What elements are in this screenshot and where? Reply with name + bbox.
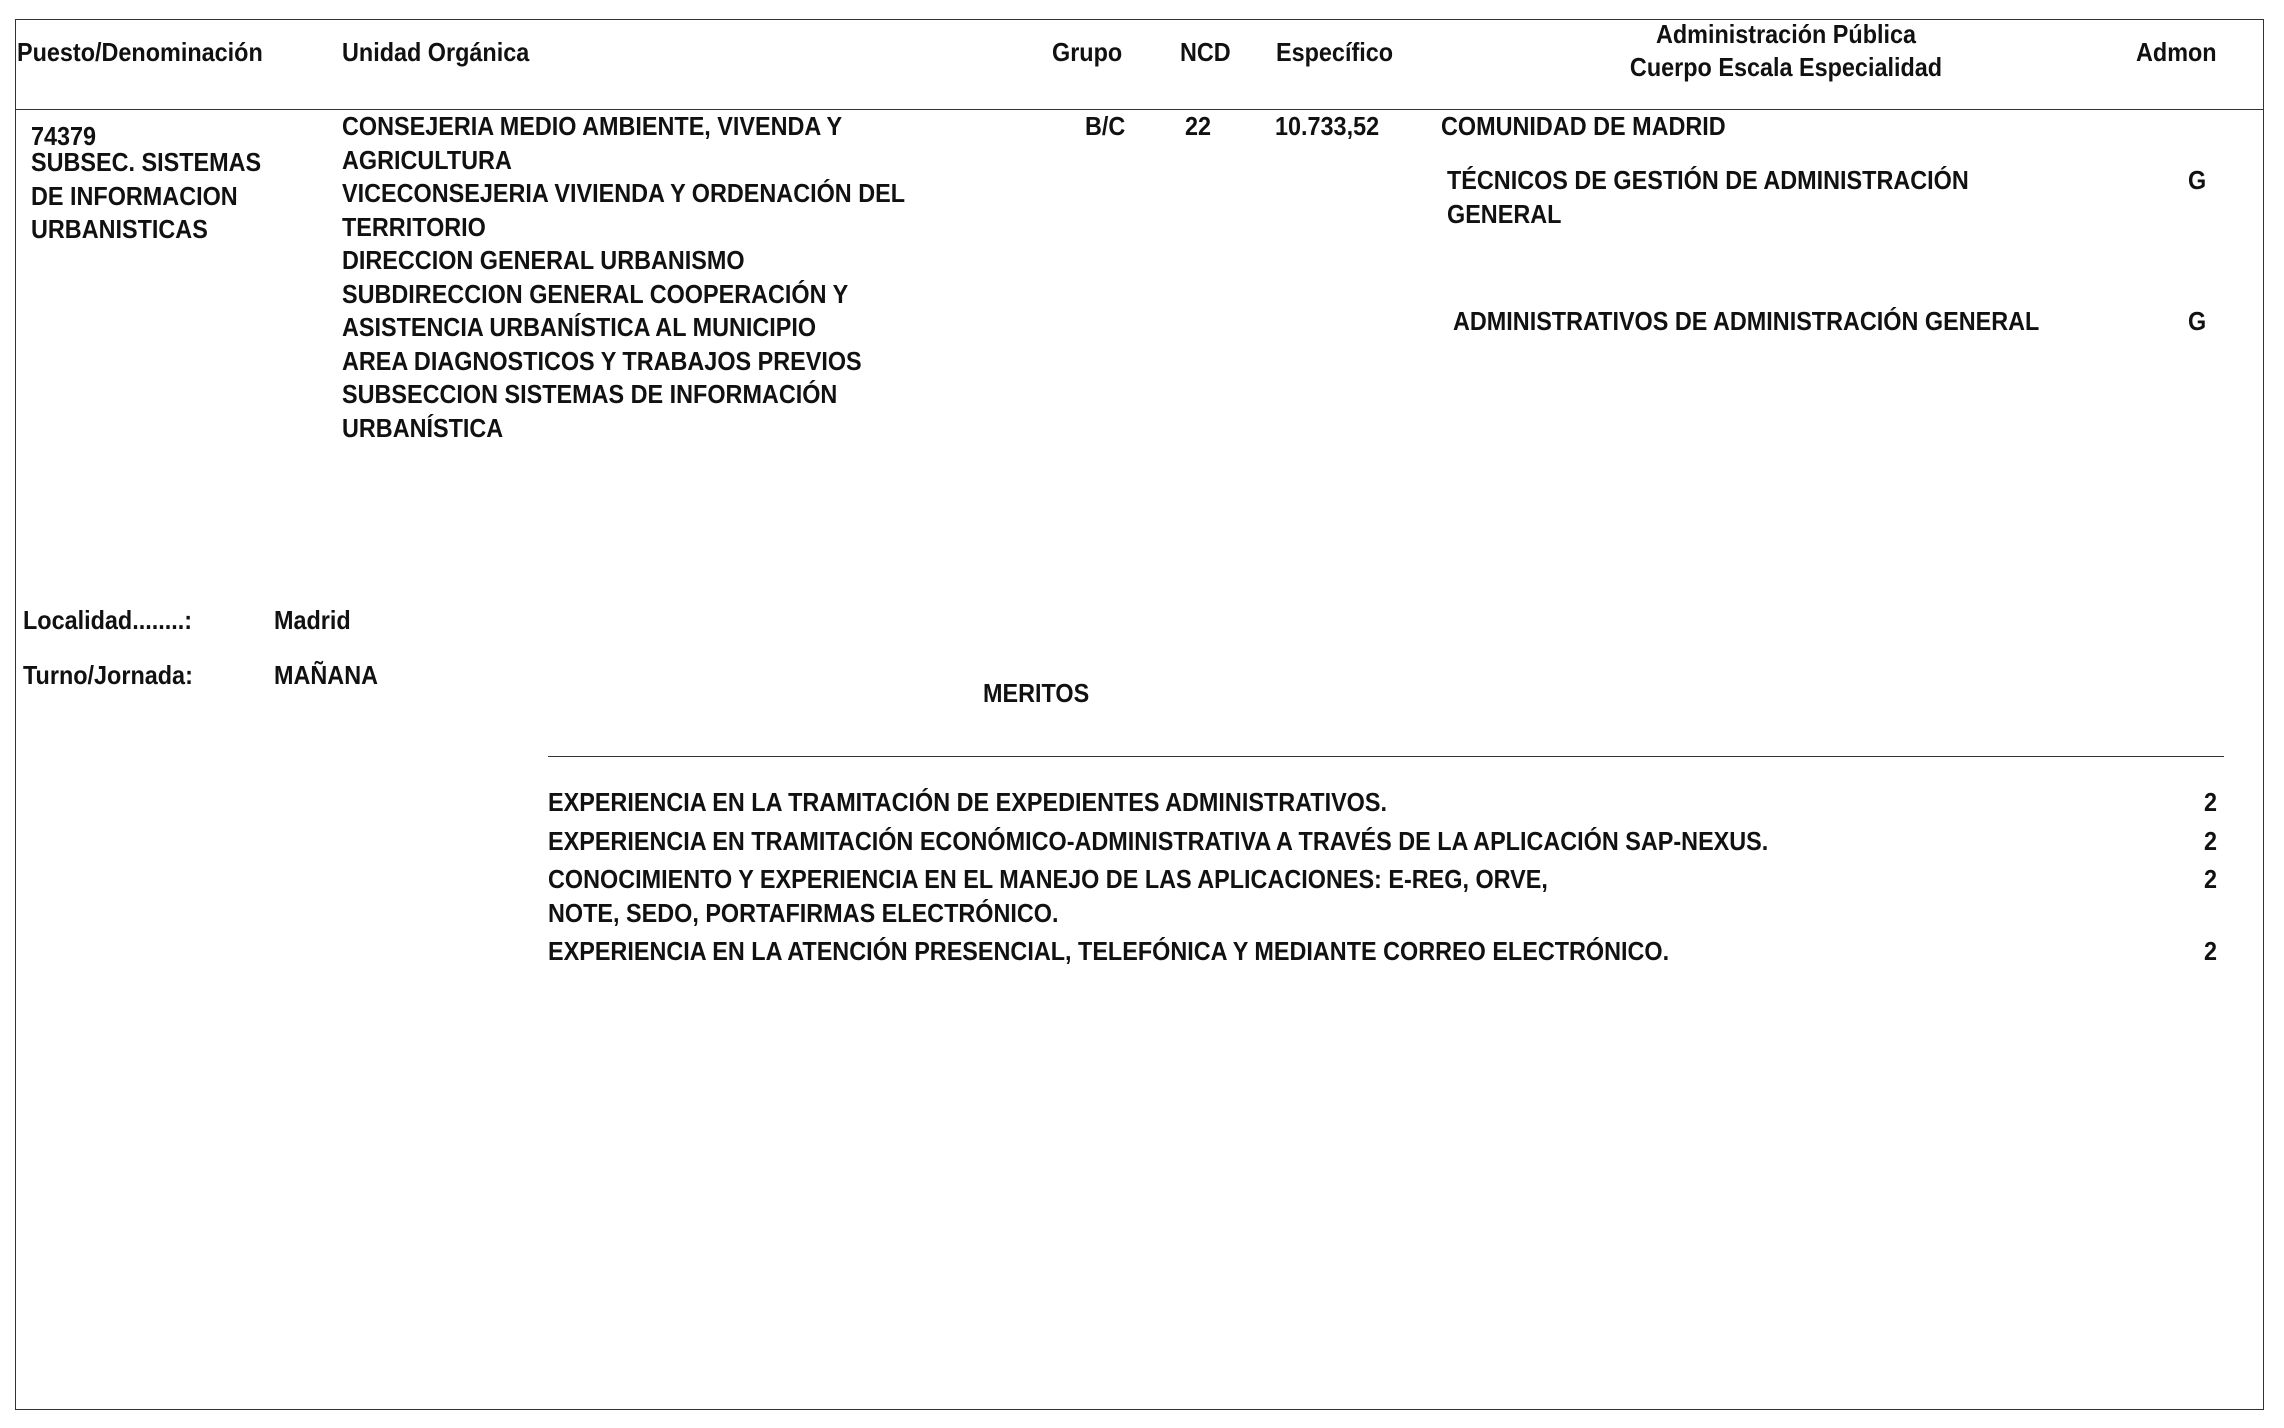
- cuerpo-line: GENERAL: [1447, 198, 1969, 232]
- unidad-line: ASISTENCIA URBANÍSTICA AL MUNICIPIO: [342, 311, 905, 345]
- merito-points: 2: [2204, 825, 2217, 859]
- denominacion-line: DE INFORMACION: [31, 180, 261, 214]
- unidad-organica: CONSEJERIA MEDIO AMBIENTE, VIVENDA YAGRI…: [342, 110, 905, 445]
- unidad-line: AREA DIAGNOSTICOS Y TRABAJOS PREVIOS: [342, 345, 905, 379]
- header-admin-publica: Administración Pública: [1606, 18, 1966, 52]
- merito-item: CONOCIMIENTO Y EXPERIENCIA EN EL MANEJO …: [548, 863, 1548, 930]
- merito-text: CONOCIMIENTO Y EXPERIENCIA EN EL MANEJO …: [548, 863, 1548, 897]
- merito-text: EXPERIENCIA EN TRAMITACIÓN ECONÓMICO-ADM…: [548, 825, 1768, 859]
- merito-points: 2: [2204, 863, 2217, 897]
- header-grupo: Grupo: [1052, 36, 1122, 70]
- meritos-title: MERITOS: [983, 677, 1089, 711]
- merito-text: NOTE, SEDO, PORTAFIRMAS ELECTRÓNICO.: [548, 897, 1548, 931]
- merito-item: EXPERIENCIA EN TRAMITACIÓN ECONÓMICO-ADM…: [548, 825, 1768, 859]
- puesto-denominacion: SUBSEC. SISTEMASDE INFORMACIONURBANISTIC…: [31, 146, 261, 247]
- especifico-value: 10.733,52: [1275, 110, 1379, 144]
- denominacion-line: URBANISTICAS: [31, 213, 261, 247]
- unidad-line: URBANÍSTICA: [342, 412, 905, 446]
- meritos-divider: [548, 756, 2224, 757]
- merito-text: EXPERIENCIA EN LA ATENCIÓN PRESENCIAL, T…: [548, 935, 1669, 969]
- cuerpo-admon: G: [2188, 305, 2206, 339]
- denominacion-line: SUBSEC. SISTEMAS: [31, 146, 261, 180]
- unidad-line: DIRECCION GENERAL URBANISMO: [342, 244, 905, 278]
- unidad-line: CONSEJERIA MEDIO AMBIENTE, VIVENDA Y: [342, 110, 905, 144]
- merito-item: EXPERIENCIA EN LA ATENCIÓN PRESENCIAL, T…: [548, 935, 1669, 969]
- ncd-value: 22: [1185, 110, 1211, 144]
- cuerpo-admon: G: [2188, 164, 2206, 198]
- cuerpo-line: TÉCNICOS DE GESTIÓN DE ADMINISTRACIÓN: [1447, 164, 1969, 198]
- unidad-line: SUBSECCION SISTEMAS DE INFORMACIÓN: [342, 378, 905, 412]
- header-ncd: NCD: [1180, 36, 1231, 70]
- localidad-label: Localidad........:: [23, 604, 192, 638]
- unidad-line: SUBDIRECCION GENERAL COOPERACIÓN Y: [342, 278, 905, 312]
- merito-points: 2: [2204, 786, 2217, 820]
- merito-item: EXPERIENCIA EN LA TRAMITACIÓN DE EXPEDIE…: [548, 786, 1387, 820]
- cuerpo-entry: TÉCNICOS DE GESTIÓN DE ADMINISTRACIÓNGEN…: [1447, 164, 1969, 231]
- header-unidad: Unidad Orgánica: [342, 36, 529, 70]
- cuerpo-entry: ADMINISTRATIVOS DE ADMINISTRACIÓN GENERA…: [1453, 305, 2039, 339]
- merito-text: EXPERIENCIA EN LA TRAMITACIÓN DE EXPEDIE…: [548, 786, 1387, 820]
- header-puesto: Puesto/Denominación: [17, 36, 263, 70]
- administracion-value: COMUNIDAD DE MADRID: [1441, 110, 1726, 144]
- header-especifico: Específico: [1276, 36, 1393, 70]
- unidad-line: VICECONSEJERIA VIVIENDA Y ORDENACIÓN DEL: [342, 177, 905, 211]
- header-admon: Admon: [2136, 36, 2217, 70]
- localidad-value: Madrid: [274, 604, 351, 638]
- unidad-line: TERRITORIO: [342, 211, 905, 245]
- merito-points: 2: [2204, 935, 2217, 969]
- turno-label: Turno/Jornada:: [23, 659, 193, 693]
- cuerpo-line: ADMINISTRATIVOS DE ADMINISTRACIÓN GENERA…: [1453, 305, 2039, 339]
- grupo-value: B/C: [1085, 110, 1125, 144]
- header-cuerpo-escala: Cuerpo Escala Especialidad: [1606, 51, 1966, 85]
- unidad-line: AGRICULTURA: [342, 144, 905, 178]
- turno-value: MAÑANA: [274, 659, 378, 693]
